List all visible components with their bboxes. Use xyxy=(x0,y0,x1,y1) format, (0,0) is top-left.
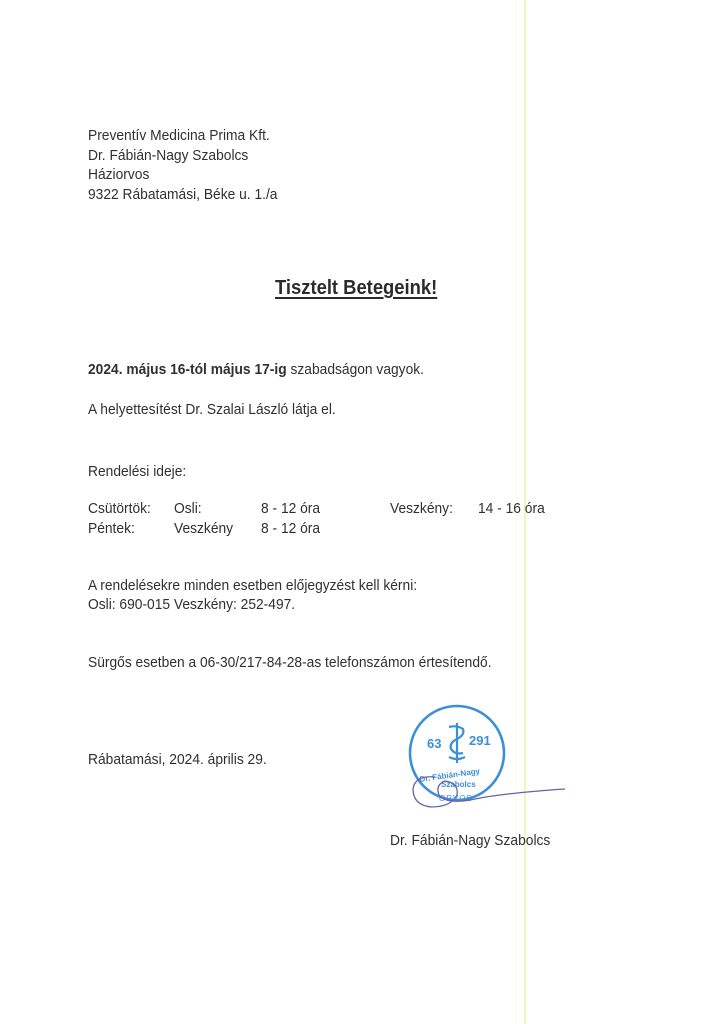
stamp-number-left: 63 xyxy=(427,736,441,751)
schedule-hours: 14 - 16 óra xyxy=(478,500,545,518)
substitute-notice: A helyettesítést Dr. Szalai László látja… xyxy=(88,401,336,419)
date-line: Rábatamási, 2024. április 29. xyxy=(88,751,267,769)
schedule-place: Veszkény: xyxy=(390,500,453,518)
caduceus-icon xyxy=(449,723,465,763)
sender-role: Háziorvos xyxy=(88,165,277,185)
schedule-heading: Rendelési ideje: xyxy=(88,463,186,481)
appointment-line-1: A rendelésekre minden esetben előjegyzés… xyxy=(88,577,417,595)
urgent-notice: Sürgős esetben a 06-30/217-84-28-as tele… xyxy=(88,654,492,672)
sender-address: 9322 Rábatamási, Béke u. 1./a xyxy=(88,185,277,205)
schedule-day: Péntek: xyxy=(88,520,135,538)
sender-block: Preventív Medicina Prima Kft. Dr. Fábián… xyxy=(88,126,294,204)
signature-name: Dr. Fábián-Nagy Szabolcs xyxy=(390,832,550,850)
letter-title: Tisztelt Betegeink! xyxy=(275,277,437,300)
holiday-dates: 2024. május 16-tól május 17-ig xyxy=(88,361,287,378)
schedule-place: Veszkény xyxy=(174,520,233,538)
holiday-text: szabadságon vagyok. xyxy=(287,361,424,378)
letter-page: Preventív Medicina Prima Kft. Dr. Fábián… xyxy=(0,0,724,1024)
holiday-notice: 2024. május 16-tól május 17-ig szabadság… xyxy=(88,361,424,379)
sender-doctor: Dr. Fábián-Nagy Szabolcs xyxy=(88,146,277,166)
schedule-hours: 8 - 12 óra xyxy=(261,500,320,518)
schedule-day: Csütörtök: xyxy=(88,500,151,518)
schedule-hours: 8 - 12 óra xyxy=(261,520,320,538)
schedule-place: Osli: xyxy=(174,500,202,518)
stamp-number-right: 291 xyxy=(469,733,491,748)
sender-company: Preventív Medicina Prima Kft. xyxy=(88,126,277,146)
doctor-stamp: 63 291 Dr. Fábián-Nagy Szabolcs ORVOS xyxy=(395,695,575,815)
appointment-line-2: Osli: 690-015 Veszkény: 252-497. xyxy=(88,596,295,614)
